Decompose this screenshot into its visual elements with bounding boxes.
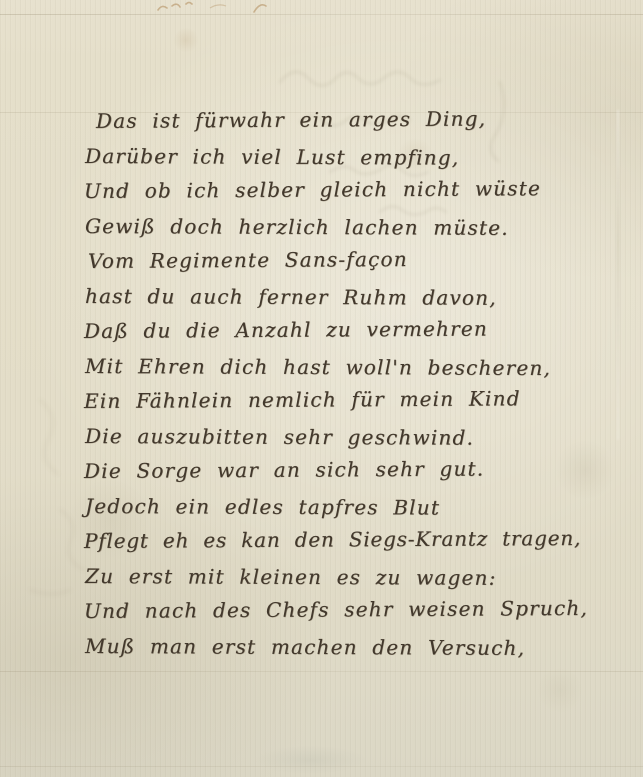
poem-text-block: Das ist fürwahr ein arges Ding, Darüber … bbox=[84, 104, 629, 664]
faint-ink-marks bbox=[150, 0, 330, 16]
manuscript-page: Das ist fürwahr ein arges Ding, Darüber … bbox=[0, 0, 643, 777]
manuscript-line-9: Ein Fähnlein nemlich für mein Kind bbox=[84, 381, 629, 419]
manuscript-line-11: Die Sorge war an sich sehr gut. bbox=[84, 451, 629, 489]
manuscript-line-7: Daß du die Anzahl zu vermehren bbox=[84, 311, 629, 349]
manuscript-line-1: Das ist fürwahr ein arges Ding, bbox=[84, 101, 629, 139]
manuscript-line-5: Vom Regimente Sans-façon bbox=[84, 241, 629, 279]
manuscript-line-15: Und nach des Chefs sehr weisen Spruch, bbox=[84, 591, 629, 629]
fold-line-bottom bbox=[0, 766, 643, 767]
fold-line-lower bbox=[0, 671, 643, 672]
fold-line-top bbox=[0, 14, 643, 15]
manuscript-line-16: Muß man erst machen den Versuch, bbox=[85, 629, 630, 666]
manuscript-line-13: Pflegt eh es kan den Siegs-Krantz tragen… bbox=[84, 521, 629, 559]
manuscript-line-3: Und ob ich selber gleich nicht wüste bbox=[84, 171, 629, 209]
